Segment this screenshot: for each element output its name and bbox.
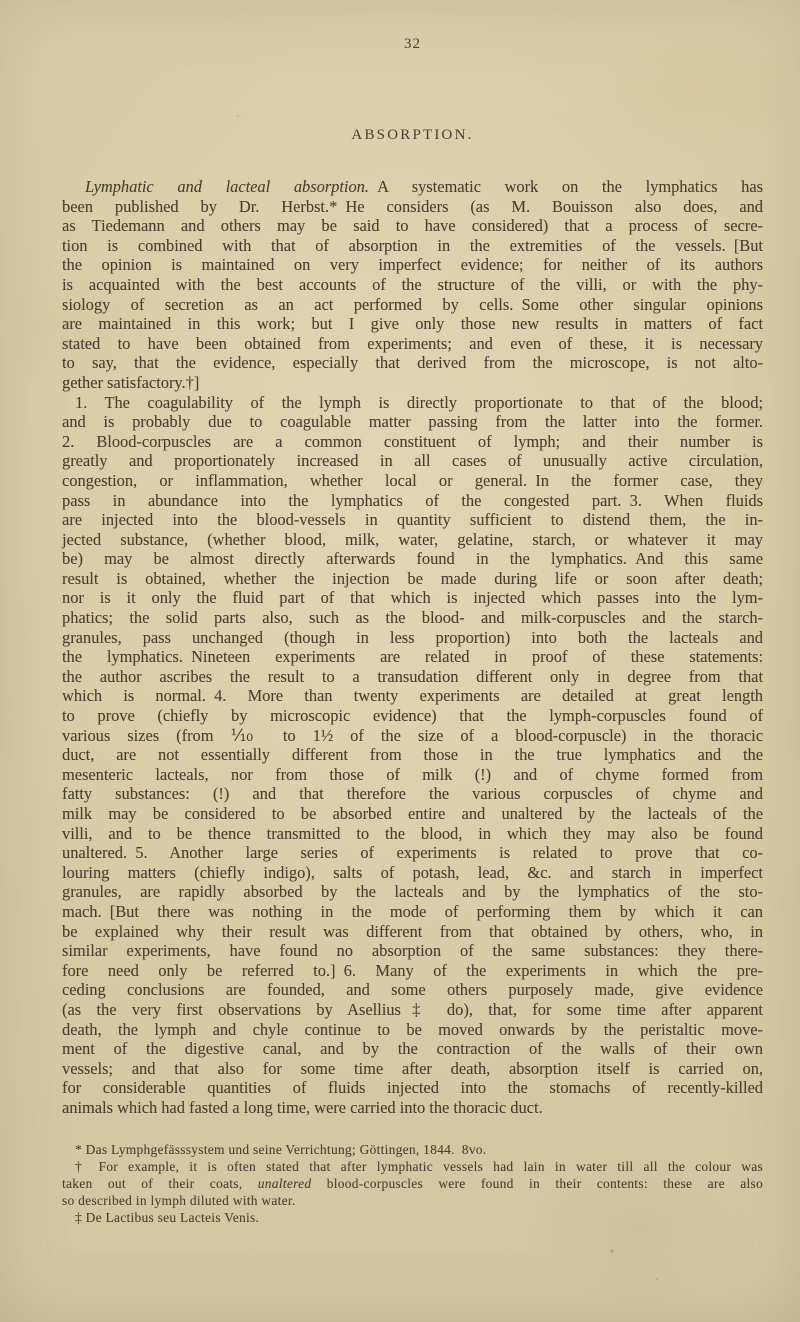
text-line: is acquainted with the best accounts of … xyxy=(62,275,763,295)
text-segment: 2. Blood-corpuscles are a common constit… xyxy=(62,432,763,451)
text-segment: as Tiedemann and others may be said to h… xyxy=(62,216,763,235)
text-segment: be explained why their result was differ… xyxy=(62,922,763,941)
text-line: ceding conclusions are founded, and some… xyxy=(62,980,763,1000)
text-line: louring matters (chiefly indigo), salts … xyxy=(62,863,763,883)
text-segment: so described in lymph diluted with water… xyxy=(62,1193,296,1208)
text-segment: to prove (chiefly by microscopic evidenc… xyxy=(62,706,763,725)
text-line: 1. The coagulability of the lymph is dir… xyxy=(62,393,763,413)
text-segment: blood-corpuscles were found in their con… xyxy=(311,1176,763,1191)
text-segment: gether satisfactory.†] xyxy=(62,373,199,392)
text-segment: mach. [But there was nothing in the mode… xyxy=(62,902,763,921)
footnotes: * Das Lymphgefässsystem und seine Verric… xyxy=(62,1141,763,1226)
text-line: * Das Lymphgefässsystem und seine Verric… xyxy=(62,1141,763,1158)
text-line: be) may be almost directly afterwards fo… xyxy=(62,549,763,569)
text-line: mach. [But there was nothing in the mode… xyxy=(62,902,763,922)
text-segment: various sizes (from ⅒ to 1½ of the size … xyxy=(62,726,763,745)
paragraph-observations: 1. The coagulability of the lymph is dir… xyxy=(62,393,763,1118)
text-line: the lymphatics. Nineteen experiments are… xyxy=(62,647,763,667)
text-segment: taken out of their coats, xyxy=(62,1176,258,1191)
text-line: unaltered. 5. Another large series of ex… xyxy=(62,843,763,863)
text-line: gether satisfactory.†] xyxy=(62,373,763,393)
text-line: animals which had fasted a long time, we… xyxy=(62,1098,763,1118)
text-line: siology of secretion as an act performed… xyxy=(62,295,763,315)
text-line: Lymphatic and lacteal absorption. A syst… xyxy=(62,177,763,197)
text-line: to prove (chiefly by microscopic evidenc… xyxy=(62,706,763,726)
text-segment: (as the very first observations by Asell… xyxy=(62,1000,763,1019)
text-line: for considerable quantities of fluids in… xyxy=(62,1078,763,1098)
text-line: milk may be considered to be absorbed en… xyxy=(62,804,763,824)
text-segment: duct, are not essentially different from… xyxy=(62,745,763,764)
text-line: tion is combined with that of absorption… xyxy=(62,236,763,256)
text-segment: to say, that the evidence, especially th… xyxy=(62,353,763,372)
text-line: and is probably due to coagulable matter… xyxy=(62,412,763,432)
text-segment: jected substance, (whether blood, milk, … xyxy=(62,530,763,549)
text-segment: villi, and to be thence transmitted to t… xyxy=(62,824,763,843)
text-line: (as the very first observations by Asell… xyxy=(62,1000,763,1020)
text-line: to say, that the evidence, especially th… xyxy=(62,353,763,373)
text-segment: been published by Dr. Herbst.* He consid… xyxy=(62,197,763,216)
text-segment: result is obtained, whether the injectio… xyxy=(62,569,763,588)
paragraph-intro: Lymphatic and lacteal absorption. A syst… xyxy=(62,177,763,393)
text-line: are maintained in this work; but I give … xyxy=(62,314,763,334)
text-segment: fore need only be referred to.] 6. Many … xyxy=(62,961,763,980)
text-segment: which is normal. 4. More than twenty exp… xyxy=(62,686,763,705)
text-segment: stated to have been obtained from experi… xyxy=(62,334,763,353)
text-segment: ceding conclusions are founded, and some… xyxy=(62,980,763,999)
page-number: 32 xyxy=(62,36,763,53)
text-line: duct, are not essentially different from… xyxy=(62,745,763,765)
text-segment: tion is combined with that of absorption… xyxy=(62,236,763,255)
text-segment: pass in abundance into the lymphatics of… xyxy=(62,491,763,510)
text-line: similar experiments, have found no absor… xyxy=(62,941,763,961)
text-segment: ‡ De Lactibus seu Lacteis Venis. xyxy=(75,1210,259,1225)
text-line: stated to have been obtained from experi… xyxy=(62,334,763,354)
text-line: phatics; the solid parts also, such as t… xyxy=(62,608,763,628)
text-line: greatly and proportionately increased in… xyxy=(62,451,763,471)
italic-text-segment: Lymphatic and lacteal absorption. xyxy=(85,177,369,196)
text-segment: be) may be almost directly afterwards fo… xyxy=(62,549,763,568)
text-segment: ment of the digestive canal, and by the … xyxy=(62,1039,763,1058)
text-segment: similar experiments, have found no absor… xyxy=(62,941,763,960)
text-line: as Tiedemann and others may be said to h… xyxy=(62,216,763,236)
text-segment: phatics; the solid parts also, such as t… xyxy=(62,608,763,627)
italic-text-segment: unaltered xyxy=(258,1176,312,1191)
text-line: granules, are rapidly absorbed by the la… xyxy=(62,882,763,902)
text-segment: vessels; and that also for some time aft… xyxy=(62,1059,763,1078)
book-page: 32 ABSORPTION. Lymphatic and lacteal abs… xyxy=(0,0,800,1322)
text-segment: unaltered. 5. Another large series of ex… xyxy=(62,843,763,862)
text-segment: for considerable quantities of fluids in… xyxy=(62,1078,763,1097)
page-heading: ABSORPTION. xyxy=(62,127,763,144)
text-segment: 1. The coagulability of the lymph is dir… xyxy=(75,393,763,412)
text-line: ment of the digestive canal, and by the … xyxy=(62,1039,763,1059)
text-line: nor is it only the fluid part of that wh… xyxy=(62,588,763,608)
text-segment: granules, are rapidly absorbed by the la… xyxy=(62,882,763,901)
text-line: pass in abundance into the lymphatics of… xyxy=(62,491,763,511)
text-segment: siology of secretion as an act performed… xyxy=(62,295,763,314)
text-line: ‡ De Lactibus seu Lacteis Venis. xyxy=(62,1209,763,1226)
text-line: congestion, or inflammation, whether loc… xyxy=(62,471,763,491)
text-segment: greatly and proportionately increased in… xyxy=(62,451,763,470)
text-segment: granules, pass unchanged (though in less… xyxy=(62,628,763,647)
text-segment: animals which had fasted a long time, we… xyxy=(62,1098,543,1117)
text-line: vessels; and that also for some time aft… xyxy=(62,1059,763,1079)
text-line: taken out of their coats, unaltered bloo… xyxy=(62,1175,763,1192)
text-line: the opinion is maintained on very imperf… xyxy=(62,255,763,275)
text-segment: are maintained in this work; but I give … xyxy=(62,314,763,333)
text-line: are injected into the blood-vessels in q… xyxy=(62,510,763,530)
text-segment: is acquainted with the best accounts of … xyxy=(62,275,763,294)
text-segment: the opinion is maintained on very imperf… xyxy=(62,255,763,274)
text-line: fore need only be referred to.] 6. Many … xyxy=(62,961,763,981)
text-line: various sizes (from ⅒ to 1½ of the size … xyxy=(62,726,763,746)
text-line: granules, pass unchanged (though in less… xyxy=(62,628,763,648)
text-line: villi, and to be thence transmitted to t… xyxy=(62,824,763,844)
text-segment: death, the lymph and chyle continue to b… xyxy=(62,1020,763,1039)
text-line: be explained why their result was differ… xyxy=(62,922,763,942)
text-line: result is obtained, whether the injectio… xyxy=(62,569,763,589)
text-line: the author ascribes the result to a tran… xyxy=(62,667,763,687)
text-segment: * Das Lymphgefässsystem und seine Verric… xyxy=(75,1142,486,1157)
text-line: death, the lymph and chyle continue to b… xyxy=(62,1020,763,1040)
text-segment: mesenteric lacteals, nor from those of m… xyxy=(62,765,763,784)
text-segment: A systematic work on the lymphatics has xyxy=(369,177,763,196)
text-segment: milk may be considered to be absorbed en… xyxy=(62,804,763,823)
text-segment: the author ascribes the result to a tran… xyxy=(62,667,763,686)
text-line: † For example, it is often stated that a… xyxy=(62,1158,763,1175)
text-segment: are injected into the blood-vessels in q… xyxy=(62,510,763,529)
text-line: mesenteric lacteals, nor from those of m… xyxy=(62,765,763,785)
text-segment: the lymphatics. Nineteen experiments are… xyxy=(62,647,763,666)
text-segment: fatty substances: (!) and that therefore… xyxy=(62,784,763,803)
text-segment: and is probably due to coagulable matter… xyxy=(62,412,763,431)
text-line: 2. Blood-corpuscles are a common constit… xyxy=(62,432,763,452)
text-line: which is normal. 4. More than twenty exp… xyxy=(62,686,763,706)
text-line: so described in lymph diluted with water… xyxy=(62,1192,763,1209)
text-segment: louring matters (chiefly indigo), salts … xyxy=(62,863,763,882)
text-line: jected substance, (whether blood, milk, … xyxy=(62,530,763,550)
text-segment: nor is it only the fluid part of that wh… xyxy=(62,588,763,607)
text-line: been published by Dr. Herbst.* He consid… xyxy=(62,197,763,217)
text-segment: † For example, it is often stated that a… xyxy=(75,1159,763,1174)
text-line: fatty substances: (!) and that therefore… xyxy=(62,784,763,804)
body-text: Lymphatic and lacteal absorption. A syst… xyxy=(62,177,763,1118)
text-segment: congestion, or inflammation, whether loc… xyxy=(62,471,763,490)
